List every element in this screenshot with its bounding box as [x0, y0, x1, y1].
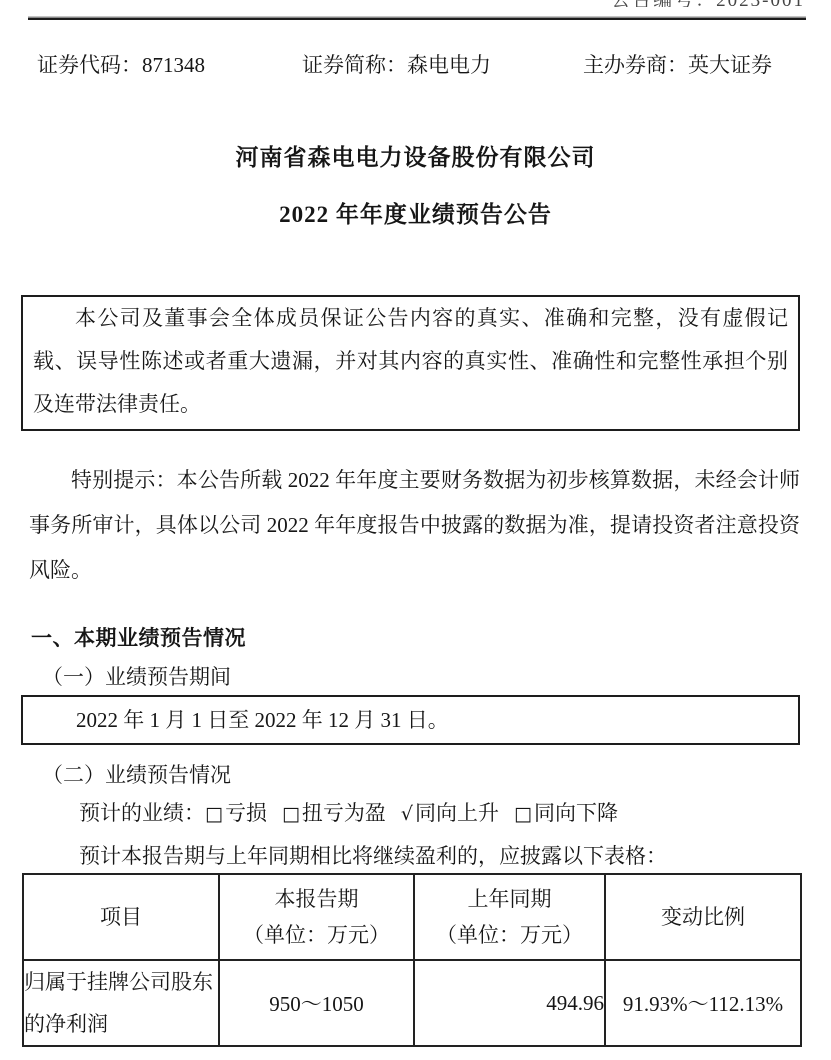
announcement-subtitle: 2022 年年度业绩预告公告 [0, 196, 831, 229]
cell-current-period-value: 950～1050 [219, 960, 414, 1046]
checkbox-unchecked-icon: □ [205, 803, 223, 825]
cell-prior-period-value: 494.96 [414, 960, 605, 1046]
header-current-period: 本报告期 （单位：万元） [219, 874, 414, 960]
subsection-forecast-situation-heading: （二）业绩预告情况 [42, 759, 231, 789]
header-change-line1: 变动比例 [606, 899, 800, 935]
header-prior-line2: （单位：万元） [415, 917, 604, 953]
header-change-ratio: 变动比例 [605, 874, 801, 960]
header-item-line1: 项目 [24, 899, 218, 935]
option-same-direction-down: □同向下降 [514, 801, 618, 825]
sponsor-broker: 主办券商：英大证券 [583, 49, 772, 79]
option-turnaround-label: 扭亏为盈 [302, 801, 386, 825]
cell-change-ratio-value: 91.93%～112.13% [605, 960, 801, 1046]
table-intro-text: 预计本报告期与上年同期相比将继续盈利的，应披露以下表格： [79, 840, 667, 870]
table-row: 归属于挂牌公司股东的净利润 950～1050 494.96 91.93%～112… [23, 960, 801, 1046]
stock-short-name: 证券简称：森电电力 [302, 49, 491, 79]
checkmark-icon: √ [401, 803, 413, 825]
securities-header-row: 证券代码：871348 证券简称：森电电力 主办券商：英大证券 [0, 49, 831, 75]
option-same-direction-up-label: 同向上升 [415, 801, 499, 825]
header-prior-line1: 上年同期 [415, 881, 604, 917]
section-one-heading: 一、本期业绩预告情况 [31, 622, 246, 652]
header-item: 项目 [23, 874, 219, 960]
header-divider-rule [28, 18, 806, 20]
company-title: 河南省森电电力设备股份有限公司 [0, 139, 831, 172]
announcement-number-clipped: 公告编号：2023-001 [611, 0, 805, 7]
special-notice-paragraph: 特别提示：本公告所载 2022 年年度主要财务数据为初步核算数据，未经会计师事务… [29, 458, 800, 593]
checkbox-unchecked-icon: □ [514, 803, 532, 825]
stock-code: 证券代码：871348 [37, 49, 205, 79]
cell-item-name: 归属于挂牌公司股东的净利润 [23, 960, 219, 1046]
performance-forecast-table: 项目 本报告期 （单位：万元） 上年同期 （单位：万元） 变动比例 归属于挂牌公… [22, 873, 802, 1047]
subsection-forecast-period-heading: （一）业绩预告期间 [42, 661, 231, 691]
expected-performance-options: 预计的业绩：□亏损□扭亏为盈√同向上升□同向下降 [79, 797, 633, 827]
header-current-line2: （单位：万元） [220, 917, 413, 953]
disclaimer-box: 本公司及董事会全体成员保证公告内容的真实、准确和完整，没有虚假记载、误导性陈述或… [21, 295, 800, 431]
checkbox-unchecked-icon: □ [282, 803, 300, 825]
forecast-period-box: 2022 年 1 月 1 日至 2022 年 12 月 31 日。 [21, 695, 800, 745]
option-loss-label: 亏损 [225, 801, 267, 825]
header-current-line1: 本报告期 [220, 881, 413, 917]
header-prior-period: 上年同期 （单位：万元） [414, 874, 605, 960]
table-header-row: 项目 本报告期 （单位：万元） 上年同期 （单位：万元） 变动比例 [23, 874, 801, 960]
expected-performance-label: 预计的业绩： [79, 801, 205, 825]
option-same-direction-up: √同向上升 [401, 801, 499, 825]
option-turnaround: □扭亏为盈 [282, 801, 386, 825]
option-loss: □亏损 [205, 801, 267, 825]
option-same-direction-down-label: 同向下降 [534, 801, 618, 825]
announcement-document-page: 公告编号：2023-001 证券代码：871348 证券简称：森电电力 主办券商… [0, 0, 831, 1060]
